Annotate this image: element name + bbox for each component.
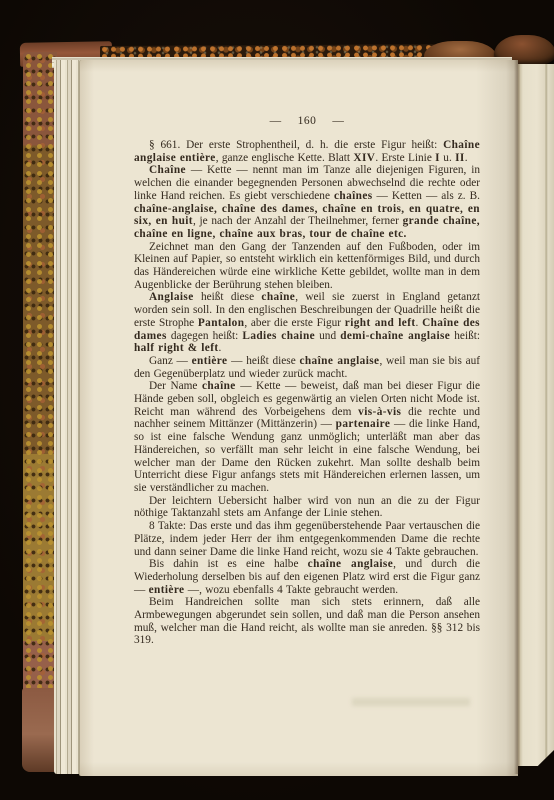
paragraph: Ganz — entière — heißt diese chaîne angl… xyxy=(134,355,480,380)
antiqua-term: chaîne anglaise xyxy=(308,558,393,570)
antiqua-term: chaîne anglaise xyxy=(299,355,379,367)
fraktur-text: — heißt diese xyxy=(227,355,299,367)
antiqua-term: chaînes xyxy=(334,190,373,202)
fraktur-text: dagegen heißt: xyxy=(167,330,243,342)
book-photo-scene: —160— § 661. Der erste Strophentheil, d.… xyxy=(0,0,554,800)
fraktur-text: 8 Takte: Das erste und das ihm gegenüber… xyxy=(134,520,480,557)
fraktur-text: , je nach der Anzahl der Theilnehmer, fe… xyxy=(193,215,403,227)
header-dash-right: — xyxy=(332,115,344,127)
antiqua-term: Pantalon xyxy=(198,317,245,329)
fraktur-text: —, wozu ebenfalls 4 Takte gebraucht werd… xyxy=(184,584,398,596)
paragraph: Der Name chaîne — Kette — beweist, daß m… xyxy=(134,380,480,494)
fraktur-text: Der Name xyxy=(149,380,202,392)
fraktur-text: . Erste Linie xyxy=(375,152,435,164)
show-through-smudge xyxy=(352,698,470,706)
fraktur-text: und xyxy=(315,330,340,342)
fraktur-text: Bis dahin ist es eine halbe xyxy=(149,558,308,570)
antiqua-term: entière xyxy=(149,584,185,596)
antiqua-term: vis-à-vis xyxy=(358,406,401,418)
paragraph: Beim Handreichen sollte man sich stets e… xyxy=(134,596,480,647)
antiqua-term: chaîne xyxy=(261,291,295,303)
paragraph: Chaîne — Kette — nennt man im Tanze alle… xyxy=(134,164,480,240)
fraktur-text: Zeichnet man den Gang der Tanzenden auf … xyxy=(134,241,480,291)
book-gutter-shadow xyxy=(514,60,520,774)
paragraph: § 661. Der erste Strophentheil, d. h. di… xyxy=(134,139,480,164)
fraktur-text: u. xyxy=(440,152,455,164)
antiqua-term: II xyxy=(455,152,465,164)
antiqua-term: half right & left xyxy=(134,342,219,354)
antiqua-term: Chaîne xyxy=(149,164,186,176)
antiqua-term: chaîne xyxy=(202,380,236,392)
paragraph-container: § 661. Der erste Strophentheil, d. h. di… xyxy=(134,139,480,647)
antiqua-term: entière xyxy=(192,355,228,367)
paragraph: Bis dahin ist es eine halbe chaîne angla… xyxy=(134,558,480,596)
fraktur-text: heißt: xyxy=(450,330,480,342)
fraktur-text: § 661. Der erste Strophentheil, d. h. di… xyxy=(149,139,443,151)
paragraph: Der leichtern Uebersicht halber wird von… xyxy=(134,495,480,520)
paragraph: 8 Takte: Das erste und das ihm gegenüber… xyxy=(134,520,480,558)
antiqua-term: Anglaise xyxy=(149,291,194,303)
antiqua-term: Ladies chaine xyxy=(242,330,315,342)
book-cover-marbled-left-edge xyxy=(23,52,57,770)
page-number: 160 xyxy=(298,115,317,127)
fraktur-text: Ganz — xyxy=(149,355,192,367)
text-block: —160— § 661. Der erste Strophentheil, d.… xyxy=(134,115,480,647)
book-page: —160— § 661. Der erste Strophentheil, d.… xyxy=(80,60,518,776)
fraktur-text: — Ketten — als z. B. xyxy=(373,190,480,202)
fraktur-text: , ganze englische Kette. Blatt xyxy=(216,152,354,164)
fraktur-text: , aber die erste Figur xyxy=(244,317,344,329)
page-header: —160— xyxy=(134,115,480,127)
antiqua-term: demi-chaîne anglaise xyxy=(340,330,450,342)
antiqua-term: partenaire xyxy=(336,418,391,430)
paragraph: Zeichnet man den Gang der Tanzenden auf … xyxy=(134,241,480,292)
facing-page-edge xyxy=(518,64,554,766)
fraktur-text: Der leichtern Uebersicht halber wird von… xyxy=(134,495,480,520)
page-stack-fore-edges xyxy=(54,60,81,774)
header-dash-left: — xyxy=(270,115,282,127)
fraktur-text: Beim Handreichen sollte man sich stets e… xyxy=(134,596,480,646)
fraktur-text: . xyxy=(219,342,222,354)
paragraph: Anglaise heißt diese chaîne, weil sie zu… xyxy=(134,291,480,355)
fraktur-text: heißt diese xyxy=(194,291,262,303)
fraktur-text: . xyxy=(465,152,468,164)
antiqua-term: XIV xyxy=(353,152,375,164)
antiqua-term: right and left xyxy=(345,317,416,329)
